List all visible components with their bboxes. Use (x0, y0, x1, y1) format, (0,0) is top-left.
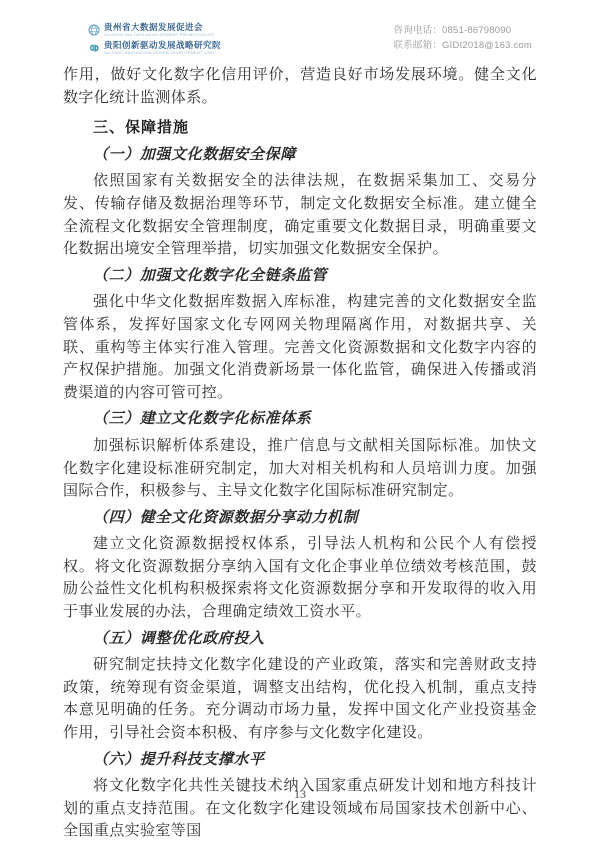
contact-phone-value: 0851-86798090 (442, 25, 511, 36)
para: 研究制定扶持文化数字化建设的产业政策，落实和完善财政支持政策，统筹现有资金渠道，… (63, 654, 537, 744)
swirl-logo-icon (88, 41, 100, 53)
page-number: 13 (0, 787, 600, 802)
para: 强化中华文化数据库数据入库标准，构建完善的文化数据安全监管体系，发挥好国家文化专… (63, 291, 537, 404)
document-page: 贵州省大数据发展促进会 GUIZHOU BIG DATA DEVELOPMENT… (0, 0, 600, 848)
logo-block: 贵州省大数据发展促进会 GUIZHOU BIG DATA DEVELOPMENT… (88, 23, 221, 55)
contact-phone-line: 咨询电话：0851-86798090 (394, 23, 532, 38)
contact-phone-label: 咨询电话： (394, 25, 443, 36)
logo-institute-text: 贵阳创新驱动发展战略研究院 GUIYANG INNOVATION-DRIVEN … (104, 41, 221, 55)
globe-icon (88, 23, 100, 35)
subheading: （二）加强文化数字化全链条监管 (63, 265, 537, 288)
logo-institute: 贵阳创新驱动发展战略研究院 GUIYANG INNOVATION-DRIVEN … (88, 41, 221, 55)
subheading: （六）提升科技支撑水平 (63, 749, 537, 772)
heading: 三、保障措施 (63, 117, 537, 140)
para: 将文化数字化共性关键技术纳入国家重点研发计划和地方科技计划的重点支持范围。在文化… (63, 775, 537, 843)
logo-association-subtitle: GUIZHOU BIG DATA DEVELOPMENT PROMOTION A… (104, 32, 214, 37)
logo-association-name: 贵州省大数据发展促进会 (104, 23, 214, 32)
logo-association-text: 贵州省大数据发展促进会 GUIZHOU BIG DATA DEVELOPMENT… (104, 23, 214, 37)
subheading: （三）建立文化数字化标准体系 (63, 408, 537, 431)
contact-info: 咨询电话：0851-86798090 联系邮箱：GIDI2018@163.com (394, 23, 532, 53)
contact-email-label: 联系邮箱： (394, 40, 443, 51)
logo-institute-name: 贵阳创新驱动发展战略研究院 (104, 41, 221, 50)
subheading: （四）健全文化资源数据分享动力机制 (63, 507, 537, 530)
contact-email-line: 联系邮箱：GIDI2018@163.com (394, 38, 532, 53)
para: 加强标识解析体系建设，推广信息与文献相关国际标准。加快文化数字化建设标准研究制定… (63, 435, 537, 503)
document-body: 作用，做好文化数字化信用评价，营造良好市场发展环境。健全文化数字化统计监测体系。… (63, 64, 537, 843)
para-continuation: 作用，做好文化数字化信用评价，营造良好市场发展环境。健全文化数字化统计监测体系。 (63, 64, 537, 109)
subheading: （五）调整优化政府投入 (63, 628, 537, 651)
subheading: （一）加强文化数据安全保障 (63, 144, 537, 167)
page-header: 贵州省大数据发展促进会 GUIZHOU BIG DATA DEVELOPMENT… (88, 23, 532, 55)
para: 建立文化资源数据授权体系，引导法人机构和公民个人有偿授权。将文化资源数据分享纳入… (63, 533, 537, 623)
logo-institute-subtitle: GUIYANG INNOVATION-DRIVEN DEVELOPMENT ST… (104, 50, 214, 55)
contact-email-value: GIDI2018@163.com (442, 40, 532, 51)
para: 依照国家有关数据安全的法律法规，在数据采集加工、交易分发、传输存储及数据治理等环… (63, 170, 537, 260)
logo-association: 贵州省大数据发展促进会 GUIZHOU BIG DATA DEVELOPMENT… (88, 23, 221, 37)
